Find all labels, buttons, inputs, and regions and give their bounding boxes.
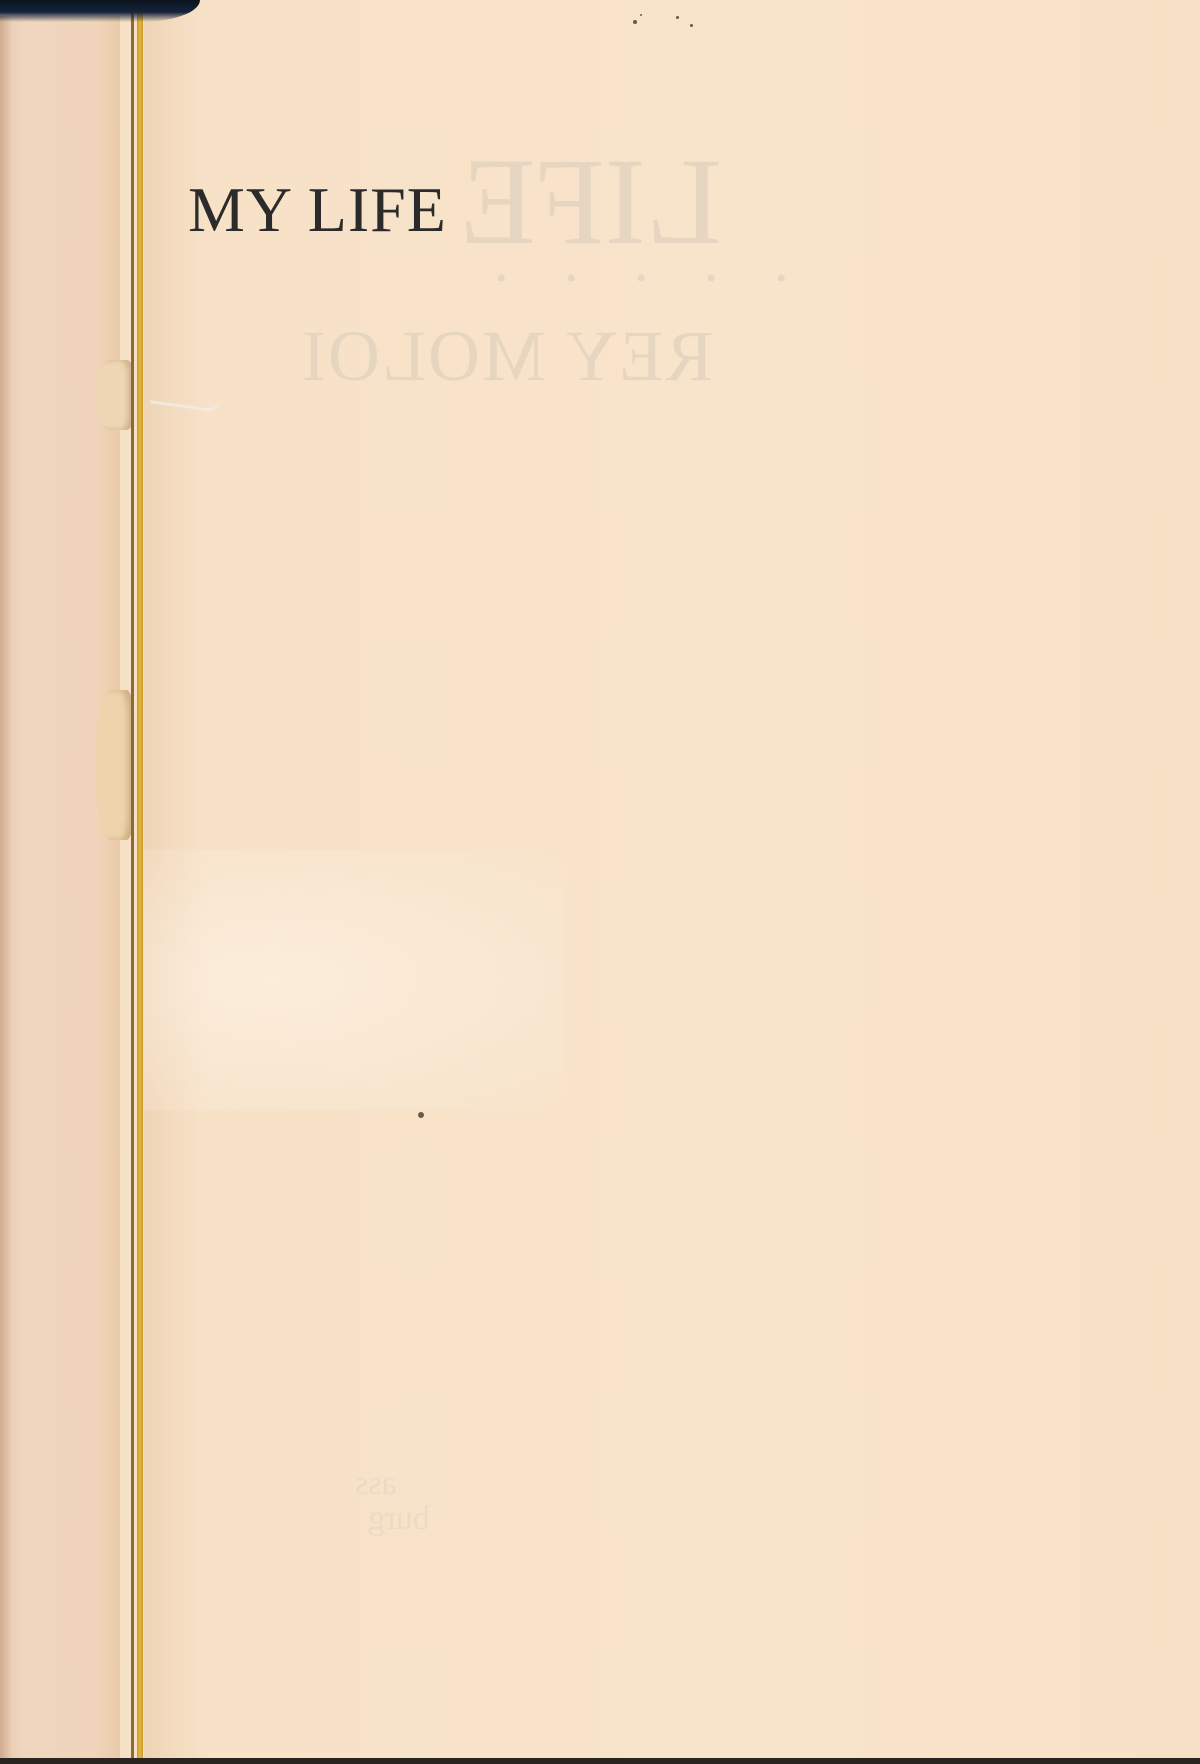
paper-speck (676, 16, 679, 19)
gutter-tear (96, 360, 134, 430)
facing-page-edge (0, 16, 120, 1762)
facing-page-shadow (0, 16, 12, 1762)
scanner-top-shadow (0, 0, 200, 22)
paper-speck (418, 1112, 424, 1118)
half-title: MY LIFE (188, 178, 447, 242)
show-through-publisher: ass (355, 1465, 397, 1503)
scanned-book-page: LIFE • • • • • REY MOLOI ass burg MY LIF… (0, 0, 1200, 1764)
scanner-bottom-edge (0, 1758, 1200, 1764)
show-through-ornament: • • • • • (470, 262, 787, 296)
show-through-title: LIFE (460, 140, 722, 264)
spine-fold (131, 0, 134, 1764)
paper-speck (633, 20, 637, 24)
paper-speck (640, 14, 642, 16)
spine-binding-glue (137, 0, 143, 1764)
show-through-author: REY MOLOI (300, 320, 713, 392)
paper-highlight (144, 850, 564, 1110)
show-through-publisher-city: burg (368, 1500, 430, 1538)
paper-speck (690, 24, 693, 27)
gutter-tear (96, 690, 134, 840)
